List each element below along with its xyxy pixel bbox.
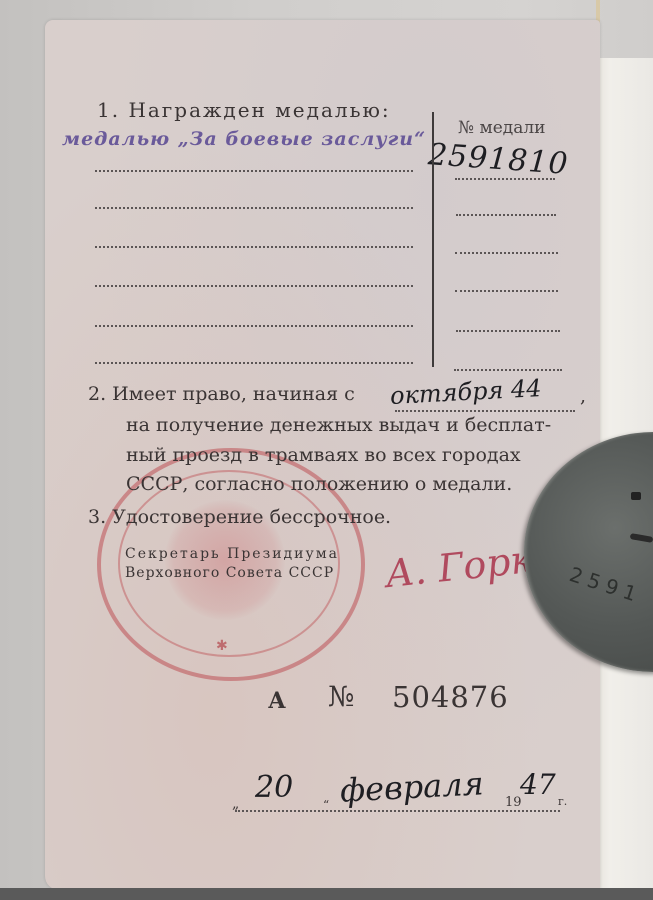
dotted-line xyxy=(235,810,560,812)
medal-number-header: № медали xyxy=(458,118,546,138)
section-3-label: 3. Удостоверение бессрочное. xyxy=(88,506,391,528)
column-divider xyxy=(432,112,434,367)
star-icon: ✱ xyxy=(216,638,228,654)
dotted-line xyxy=(95,362,413,364)
dotted-line xyxy=(95,325,413,327)
date-month-handwritten: февраля xyxy=(339,764,485,809)
dotted-line xyxy=(455,178,555,180)
signatory-title-line-1: Секретарь Президиума xyxy=(125,546,339,562)
dotted-line xyxy=(455,290,558,292)
section-2-line-1: 2. Имеет право, начиная с xyxy=(88,383,355,405)
dotted-line xyxy=(95,285,413,287)
dotted-line xyxy=(456,214,556,216)
section-2-line-4: СССР, согласно положению о медали. xyxy=(126,473,512,495)
dotted-line xyxy=(456,330,560,332)
serial-number-label: № xyxy=(328,680,355,713)
section-1-label: 1. Награжден медалью: xyxy=(97,98,391,122)
dotted-line xyxy=(95,170,413,172)
dotted-line xyxy=(454,369,562,371)
date-year-handwritten: 47 xyxy=(520,768,556,801)
section-2-line-2: на получение денежных выдач и бесплат- xyxy=(126,414,551,436)
signatory-title-line-2: Верховного Совета СССР xyxy=(125,565,334,581)
date-close-quote: “ xyxy=(323,798,329,812)
serial-series: А xyxy=(268,688,286,714)
medal-rivet-mark xyxy=(631,492,641,500)
section-2-comma: , xyxy=(580,385,586,407)
section-2-line-3: ный проезд в трамваях во всех городах xyxy=(126,444,521,466)
bottom-shadow xyxy=(0,888,653,900)
dotted-line xyxy=(95,246,413,248)
dotted-line xyxy=(455,252,558,254)
dotted-line xyxy=(95,207,413,209)
date-day-handwritten: 20 xyxy=(255,770,293,805)
medal-name-handwritten: медалью „За боевые заслуги“ xyxy=(62,128,426,150)
date-year-suffix: г. xyxy=(558,795,567,808)
serial-number: 504876 xyxy=(392,680,509,714)
date-open-quote: „ xyxy=(232,796,239,812)
dotted-line xyxy=(395,410,575,412)
